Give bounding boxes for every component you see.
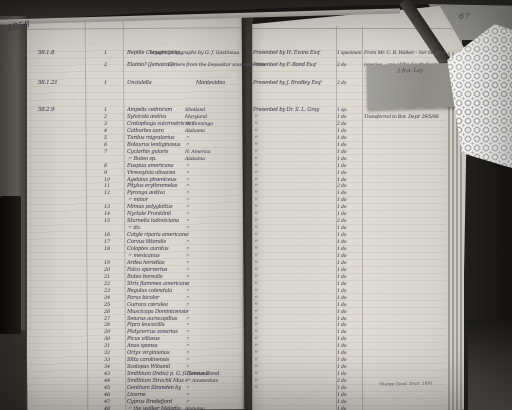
cell-s: Euspiza americana — [127, 163, 174, 170]
cell-r: Transferred to Bot. Deptᵗ 29/5/86 — [364, 114, 439, 121]
cell-d: 58.1.8 — [38, 50, 54, 57]
ledger-line: 24Parus bicolor〃〃1 do — [0, 295, 512, 302]
cell-n: 46 — [104, 392, 110, 399]
cell-n: 17 — [104, 239, 110, 246]
ledger-line: 21Buteo borealis〃〃1 do — [0, 274, 512, 281]
ledger-line: 17Corvus littoralis〃〃1 do — [0, 239, 512, 246]
cell-c: 1 do — [337, 149, 346, 156]
cell-l: Alabama — [185, 156, 205, 163]
cell-c: 1 do — [337, 142, 346, 149]
cell-s: Cyprus Bredefjord — [127, 399, 172, 406]
ledger-line: 48〃 the walker MelodiaAlabama1 do — [0, 406, 512, 410]
cell-s: Cyclarhis gularis — [127, 149, 168, 156]
cell-c: 1 do — [337, 204, 346, 211]
cell-n: 1 — [104, 107, 107, 114]
cell-c: 1 do — [337, 336, 346, 343]
cell-c: 1 do — [337, 322, 346, 329]
cell-n: 21 — [104, 274, 110, 281]
cell-n: 23 — [104, 288, 110, 295]
cell-n: 2 — [104, 114, 107, 121]
cell-c: 1 do — [337, 329, 346, 336]
cell-s: Colaptes auratus — [127, 246, 169, 253]
ledger-line: 2Sylvicola æstivaMaryland〃1 doTransferre… — [0, 114, 512, 121]
cell-n: 5 — [104, 135, 107, 142]
cell-s: Turdus migratorius — [127, 135, 174, 142]
cell-c: 1 do — [337, 135, 346, 142]
cell-c: 1 do — [337, 170, 346, 177]
ledger-line: 20Falco sparverius〃〃1 do — [0, 267, 512, 274]
cell-c: 1 do — [337, 225, 346, 232]
grey-card: 2 Bot. Lay — [366, 63, 460, 109]
cell-s: Guiraca cærulea — [127, 302, 168, 309]
cell-p: 〃 — [253, 378, 258, 385]
cell-p: Presented by J. Bradley Esqʳ — [253, 80, 322, 87]
cell-c: 1 do — [337, 274, 346, 281]
cell-n: 26 — [104, 309, 110, 316]
ledger-line: 6Botaurus lentiginosus〃〃1 do — [0, 142, 512, 149]
cell-n: 45 — [104, 385, 110, 392]
card-note: 2 Bot. Lay — [367, 67, 454, 75]
cell-c: 1 do — [337, 309, 346, 316]
ledger-line: 22Strix flammea americana〃〃1 do — [0, 281, 512, 288]
cell-c: 1 do — [337, 211, 346, 218]
curator-signature: Sharpe Good. Dept. 1891 — [379, 381, 433, 387]
cell-s: Smithium Strachii Mus — [127, 378, 184, 385]
cell-l: 〃 — [185, 163, 190, 170]
cell-n: 19 — [104, 260, 110, 267]
cell-p: Presented by Dr. S. L. Gray — [253, 107, 319, 114]
cell-c: 1 do — [337, 281, 346, 288]
ledger-line: 8Euspiza americana〃〃1 do — [0, 163, 512, 170]
cell-l: 〃 — [185, 218, 190, 225]
cell-d: 58.2.9 — [38, 107, 54, 114]
cell-d: 58.1.21 — [38, 80, 58, 87]
cell-c: 1 do — [337, 316, 346, 323]
cell-l: 〃 — [185, 302, 190, 309]
cell-c: 1 do — [337, 190, 346, 197]
cell-l: 〃 — [185, 392, 190, 399]
cell-p: 〃 — [253, 302, 258, 309]
cell-c: 2 do — [337, 378, 346, 385]
cell-c: 1 do — [337, 343, 346, 350]
cell-c: 1 do — [337, 295, 346, 302]
cell-p: 〃 — [253, 149, 258, 156]
cell-n: 25 — [104, 302, 110, 309]
cell-m2: Letters from the Depositor unanswerable — [168, 62, 265, 69]
cell-s: Ardea herodias — [127, 260, 164, 267]
cell-l: 〃 — [185, 135, 190, 142]
cell-n: 3 — [104, 121, 107, 128]
cell-n: 47 — [104, 399, 110, 406]
cell-l: 〃 — [185, 309, 190, 316]
cell-c: 2 do — [337, 62, 346, 69]
ledger-line: 45Gentham Stranden by〃〃1 do — [0, 385, 512, 392]
cell-n: 44 — [104, 378, 110, 385]
cell-l: N. America — [185, 149, 210, 156]
cell-p: 〃 — [253, 309, 258, 316]
cell-c: 1 do — [337, 371, 346, 378]
cell-n: 24 — [104, 295, 110, 302]
cell-l: 〃 — [185, 322, 190, 329]
cell-s: Muscicapa Dominicensis — [127, 309, 188, 316]
ledger-line: 19Ardea herodias〃〃1 do — [0, 260, 512, 267]
cell-l: 〃 — [185, 274, 190, 281]
cell-r: From Mr. C. B. Walker – her bequest — [364, 50, 446, 57]
ledger-line: 18Colaptes auratus〃〃1 do — [0, 246, 512, 253]
cell-c: 1 do — [337, 114, 346, 121]
cell-p: 〃 — [253, 295, 258, 302]
cell-n: 8 — [104, 163, 107, 170]
cell-l: 〃 — [185, 253, 190, 260]
cell-l: 〃 — [185, 329, 190, 336]
cell-l: Alabama — [185, 128, 205, 135]
cell-s: Buteo borealis — [127, 274, 162, 281]
cell-s: Corvus littoralis — [127, 239, 166, 246]
cell-m: bought — [150, 50, 167, 57]
cell-l: Christiana — [185, 371, 208, 378]
cell-l: 〃 — [185, 288, 190, 295]
cell-l: 〃 — [185, 239, 190, 246]
cell-p: Presented by F. Bond Esqʳ — [253, 62, 317, 69]
cell-s: 〃 mexicanus — [127, 253, 160, 260]
cell-s: Cathartes aura — [127, 128, 164, 135]
cell-l: 〃 — [185, 142, 190, 149]
ledger-line: 5Turdus migratorius〃〃1 do — [0, 135, 512, 142]
ledger-line: 47Cyprus Bredefjord〃1 do — [0, 399, 512, 406]
cell-s: 〃 the walker Melodia — [127, 406, 181, 410]
cell-n: 1 — [104, 80, 107, 87]
cell-p: 〃 — [253, 121, 258, 128]
cell-p: 〃 — [253, 170, 258, 177]
cell-l: 〃 — [185, 183, 190, 190]
cell-l: 〃 — [185, 260, 190, 267]
cell-c: 1 do — [337, 385, 346, 392]
cell-l: 〃 — [185, 343, 190, 350]
cell-s: Elainia? (Jamaica?) — [127, 62, 174, 69]
cell-p: 〃 — [253, 142, 258, 149]
cell-l: Shetland — [185, 107, 205, 114]
cell-c: 2 do — [337, 80, 346, 87]
cell-p: 〃 — [253, 246, 258, 253]
cell-l: 〃 — [185, 170, 190, 177]
cell-p: 〃 — [253, 128, 258, 135]
cell-l: 4ᵗʰ Amsterdam — [185, 378, 218, 385]
cell-l: 〃 — [185, 357, 190, 364]
cell-s: Uncialella — [127, 80, 152, 87]
cell-p: 〃 — [253, 239, 258, 246]
ledger-line: 3Crotophaga sulcirostris var.St. Domingo… — [0, 121, 512, 128]
cell-c: 1 sp. — [337, 107, 347, 114]
cell-l: 〃 — [185, 211, 190, 218]
cell-s: Gentham Stranden by — [127, 385, 181, 392]
cell-p: 〃 — [253, 385, 258, 392]
cell-n: 22 — [104, 281, 110, 288]
cell-s: Ampelis cedrorum — [127, 107, 172, 114]
cell-n: 1 — [104, 50, 107, 57]
cell-c: 1 do — [337, 260, 346, 267]
cell-l: 〃 — [185, 267, 190, 274]
cell-c: 1 do — [337, 399, 346, 406]
cell-l: 〃 — [185, 281, 190, 288]
cell-c: 1 specimen — [337, 50, 361, 57]
cell-n: 20 — [104, 267, 110, 274]
cell-l: Maryland — [185, 114, 207, 121]
cell-c: 1 do — [337, 128, 346, 135]
cell-c: 1 do — [337, 302, 346, 309]
ledger-line: 25Guiraca cærulea〃〃1 do — [0, 302, 512, 309]
cell-l: 〃 — [185, 385, 190, 392]
cell-l: 〃 — [185, 246, 190, 253]
ledger-entries: 58.1.81Reptile Chrysemys sp.boughtLithog… — [0, 0, 512, 410]
cell-c: 1 do — [337, 288, 346, 295]
ledger-line: 44Smithium Strachii Mus4ᵗʰ Amsterdam〃2 d… — [0, 378, 512, 385]
cell-c: 2 do — [337, 218, 346, 225]
ledger-line: 〃 Buteo sp.Alabama〃1 do — [0, 156, 512, 163]
cell-c: 2 do — [337, 121, 346, 128]
cell-l: 〃 — [185, 232, 190, 239]
cell-s: Falco sparverius — [127, 267, 167, 274]
cell-s: Strix flammea americana — [127, 281, 189, 288]
cell-l: 〃 — [185, 350, 190, 357]
cell-c: 1 do — [337, 246, 346, 253]
cell-l: 〃 — [185, 295, 190, 302]
cell-p: 〃 — [253, 260, 258, 267]
cell-l: 〃 — [185, 336, 190, 343]
cell-l: 〃 — [185, 197, 190, 204]
cell-p: 〃 — [253, 114, 258, 121]
cell-c: 1 do — [337, 350, 346, 357]
cell-p: 〃 — [253, 135, 258, 142]
cell-l: 〃 — [185, 204, 190, 211]
ledger-line: 58.2.91Ampelis cedrorumShetlandPresented… — [0, 107, 512, 114]
cell-s: Regulus calendula — [127, 288, 172, 295]
cell-c: 1 do — [337, 232, 346, 239]
cell-n: 9 — [104, 170, 107, 177]
cell-c: 1 do — [337, 267, 346, 274]
cell-l: 〃 — [185, 190, 190, 197]
cell-n: 4 — [104, 128, 107, 135]
cell-l: 〃 — [185, 399, 190, 406]
cell-s: Sylvicola æstiva — [127, 114, 166, 121]
cell-c: 1 do — [337, 239, 346, 246]
ledger-line: 7Cyclarhis gularisN. America〃1 do — [0, 149, 512, 156]
cell-l: 〃 — [185, 316, 190, 323]
cell-l: 〃 — [185, 177, 190, 184]
cell-n: 2 — [104, 62, 107, 69]
cell-s: Botaurus lentiginosus — [127, 142, 180, 149]
ledger-photograph: 1858 67 58.1.81Reptile Chrysemys sp.boug… — [0, 0, 512, 410]
cell-n: 12 — [104, 190, 110, 197]
cell-m2: Lithographs by G. f. Gastineau — [168, 50, 239, 57]
ledger-line: 26Muscicapa Dominicensis〃〃1 do — [0, 309, 512, 316]
cell-n: 18 — [104, 246, 110, 253]
cell-p: 〃 — [253, 274, 258, 281]
cell-c: 1 do — [337, 406, 346, 410]
cell-c: 1 do — [337, 392, 346, 399]
cell-c: 1 do — [337, 364, 346, 371]
cell-c: 1 do — [337, 357, 346, 364]
cell-c: 1 do — [337, 163, 346, 170]
cell-c: 1 do — [337, 177, 346, 184]
cell-p: Presented by H. Evans Esqʳ — [253, 50, 321, 57]
cell-n: 15 — [104, 218, 110, 225]
cell-s: 〃 Buteo sp. — [127, 156, 156, 163]
cell-c: 1 do — [337, 197, 346, 204]
cell-n: 48 — [104, 406, 110, 410]
cell-s: Vireosylvia olivacea — [127, 170, 175, 177]
cell-p: 〃 — [253, 288, 258, 295]
cell-p: 〃 — [253, 267, 258, 274]
ledger-line: 9Vireosylvia olivacea〃〃1 do — [0, 170, 512, 177]
ledger-line: 23Regulus calendula〃〃1 do — [0, 288, 512, 295]
cell-c: 1 do — [337, 253, 346, 260]
cell-p: 〃 — [253, 253, 258, 260]
cell-m3: Montevideo — [196, 80, 225, 87]
cell-p: 〃 — [253, 163, 258, 170]
cell-s: Licorne — [127, 392, 146, 399]
ledger-line: 58.1.81Reptile Chrysemys sp.boughtLithog… — [0, 50, 512, 57]
ledger-line: 〃 mexicanus〃〃1 do — [0, 253, 512, 260]
cell-l: Alabama — [185, 406, 205, 410]
cell-p: 〃 — [253, 281, 258, 288]
cell-s: Parus bicolor — [127, 295, 159, 302]
ledger-line: 46Licorne〃1 do — [0, 392, 512, 399]
cell-n: 6 — [104, 142, 107, 149]
cell-p: 〃 — [253, 156, 258, 163]
cell-c: 1 do — [337, 156, 346, 163]
ledger-line: 4Cathartes auraAlabama〃1 do — [0, 128, 512, 135]
cell-n: 7 — [104, 149, 107, 156]
cell-l: St. Domingo — [185, 121, 213, 128]
cell-c: 2 do — [337, 183, 346, 190]
